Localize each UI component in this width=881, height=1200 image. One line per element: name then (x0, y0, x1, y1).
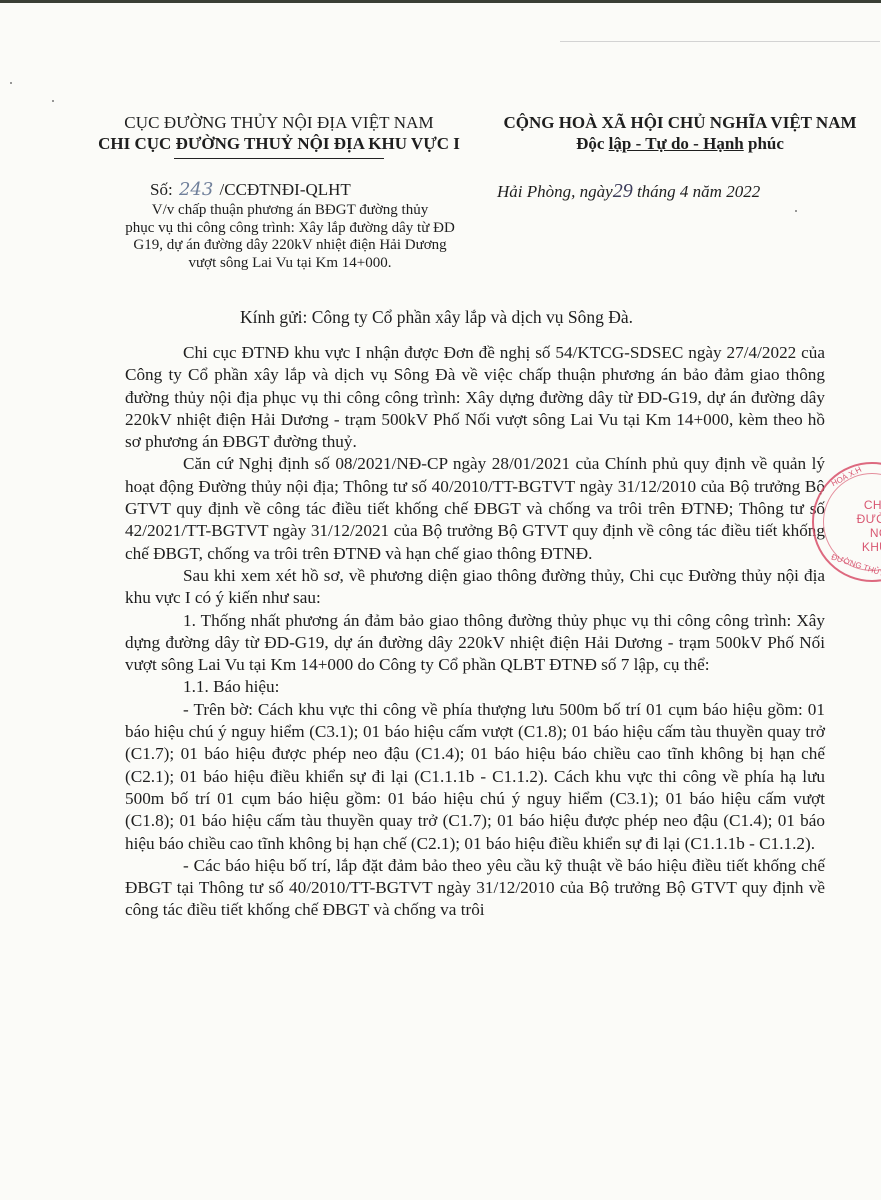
national-motto: Độc lập - Tự do - Hạnh phúc (480, 133, 880, 154)
agency-name: CHI CỤC ĐƯỜNG THUỶ NỘI ĐỊA KHU VỰC I (84, 133, 474, 154)
parent-agency: CỤC ĐƯỜNG THỦY NỘI ĐỊA VIỆT NAM (84, 112, 474, 133)
paragraph: - Trên bờ: Cách khu vực thi công về phía… (125, 699, 825, 855)
paragraph: 1. Thống nhất phương án đảm bảo giao thô… (125, 610, 825, 677)
scan-speck (52, 100, 54, 102)
document-number: Số: 243 /CCĐTNĐI-QLHT (150, 180, 351, 200)
paragraph: - Các báo hiệu bố trí, lắp đặt đảm bảo t… (125, 855, 825, 922)
national-title-block: CỘNG HOÀ XÃ HỘI CHỦ NGHĨA VIỆT NAM Độc l… (480, 112, 880, 154)
letter-body: Chi cục ĐTNĐ khu vực I nhận được Đơn đề … (125, 342, 825, 922)
agency-underline (174, 158, 384, 159)
paragraph: 1.1. Báo hiệu: (125, 676, 825, 698)
motto-part: phúc (744, 134, 784, 153)
scan-edge (0, 0, 881, 3)
paragraph: Sau khi xem xét hồ sơ, về phương diện gi… (125, 565, 825, 610)
paragraph: Chi cục ĐTNĐ khu vực I nhận được Đơn đề … (125, 342, 825, 453)
number-code: /CCĐTNĐI-QLHT (220, 180, 351, 199)
motto-underlined: lập - Tự do - Hạnh (609, 134, 744, 153)
scan-artifact-line (560, 41, 880, 42)
subject-line: phục vụ thi công công trình: Xây lắp đườ… (100, 220, 480, 238)
motto-part: Độc (576, 134, 609, 153)
place-label: Hải Phòng, ngày (497, 182, 613, 201)
recipient-line: Kính gửi: Công ty Cổ phần xây lắp và dịc… (240, 306, 633, 328)
subject-line: vượt sông Lai Vu tại Km 14+000. (100, 255, 480, 273)
seal-line: KHU V (836, 540, 881, 554)
seal-text: CHI C ĐƯỜNG NỘI KHU V (836, 498, 881, 554)
paragraph: Căn cứ Nghị định số 08/2021/NĐ-CP ngày 2… (125, 453, 825, 564)
subject-line: V/v chấp thuận phương án BĐGT đường thủy (100, 202, 480, 220)
subject-line: G19, dự án đường dây 220kV nhiệt điện Hả… (100, 237, 480, 255)
country-name: CỘNG HOÀ XÃ HỘI CHỦ NGHĨA VIỆT NAM (480, 112, 880, 133)
issuing-agency-block: CỤC ĐƯỜNG THỦY NỘI ĐỊA VIỆT NAM CHI CỤC … (84, 112, 474, 159)
seal-line: CHI C (836, 498, 881, 512)
seal-line: NỘI (836, 526, 881, 540)
handwritten-day: 29 (613, 180, 633, 202)
handwritten-number: 243 (177, 179, 215, 200)
subject-block: V/v chấp thuận phương án BĐGT đường thủy… (100, 202, 480, 272)
month-year: tháng 4 năm 2022 (637, 182, 760, 201)
place-date: Hải Phòng, ngày29 tháng 4 năm 2022 (497, 181, 760, 202)
seal-line: ĐƯỜNG (836, 512, 881, 526)
scan-speck (795, 210, 797, 212)
number-label: Số: (150, 180, 173, 199)
scan-speck (10, 82, 12, 84)
